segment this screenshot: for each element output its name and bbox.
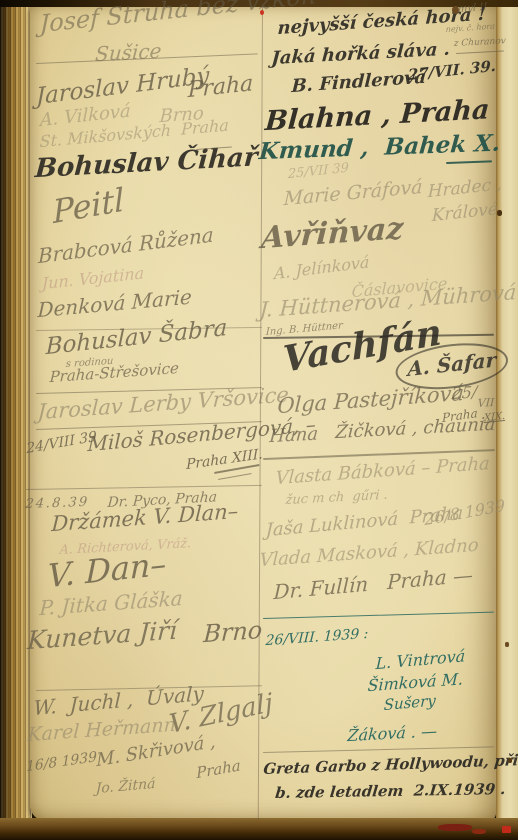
handwriting-entry: Hradec , [428,176,502,201]
handwriting-layer: Josef Struha bez vzkon–SušiceJaroslav Hr… [0,0,518,840]
ruled-line [263,612,494,620]
handwriting-entry: Bohuslav Šabra [46,317,228,359]
handwriting-entry: z Churanov [453,37,506,49]
ruled-line [218,473,252,480]
handwriting-entry: Kunetva Jiří [27,618,178,654]
stain-speck [472,829,486,834]
handwriting-entry: žuc m ch gűri . [285,489,388,507]
handwriting-entry: 25/ [451,384,478,402]
handwriting-entry: 25/VII 39 [288,162,349,181]
guestbook-scan: Josef Struha bez vzkon–SušiceJaroslav Hr… [0,0,518,840]
handwriting-entry: Peitl [52,183,125,228]
handwriting-entry: Brabcová Růžena [38,224,214,266]
stain-speck [508,758,512,763]
handwriting-entry: Kmund , Bahek X. [258,132,501,164]
handwriting-entry: Vlasta Bábková – Praha [275,455,490,488]
handwriting-entry: A. Jelínková [274,254,369,282]
handwriting-entry: 26/VIII. 1939 : [265,627,368,648]
handwriting-entry: Greta Garbo z Hollywoodu, přiletí [263,752,518,777]
stain-speck [502,826,511,833]
handwriting-entry: Olga Pastejříková [277,383,465,417]
stain-speck [452,6,459,14]
handwriting-entry: 27/VII. 39. [408,59,496,83]
stain-speck [438,824,472,831]
ruled-line [456,50,504,54]
stain-speck [497,210,502,216]
handwriting-entry: Marie Gráfová [283,178,422,209]
handwriting-entry: Žičková , chaunia [335,416,496,442]
ruled-line [26,485,262,490]
handwriting-entry: Jo. Žitná [96,777,156,796]
handwriting-entry: Brno [203,618,263,646]
handwriting-entry: Praha XIII. [186,447,263,472]
handwriting-entry: 26/8 1939 [424,498,505,528]
handwriting-entry: b. zde letadlem 2.IX.1939 . [274,782,506,801]
handwriting-entry: nejv. č. hora [446,23,495,34]
handwriting-entry: Králové [432,201,498,225]
handwriting-entry: Bohuslav Čihař [34,144,258,182]
handwriting-entry: B. Findlerová [291,69,427,97]
ruled-line [446,160,492,164]
stain-speck [505,642,509,647]
handwriting-entry: Jun. Vojatina [42,265,145,292]
handwriting-entry: Denková Marie [37,287,192,321]
handwriting-entry: Šimková M. [367,671,463,694]
handwriting-entry: Avřiňvaz [260,214,404,254]
handwriting-entry: V. Dan– [47,548,166,593]
handwriting-entry: VII [477,397,494,409]
handwriting-entry: Hana [269,425,319,446]
handwriting-entry: Praha [196,758,241,781]
handwriting-entry: 24.8.39 [25,496,90,511]
handwriting-entry: Praha [188,73,254,102]
stain-speck [260,10,264,15]
handwriting-entry: Sušery [383,693,435,713]
handwriting-entry: 16/8 1939 [26,750,97,774]
handwriting-entry: L. Vintrová [375,648,465,672]
handwriting-entry: Žáková . — [347,723,438,744]
handwriting-entry: Dr. Fullín Praha — [273,565,473,603]
handwriting-entry: Blahna , Praha [264,96,490,135]
